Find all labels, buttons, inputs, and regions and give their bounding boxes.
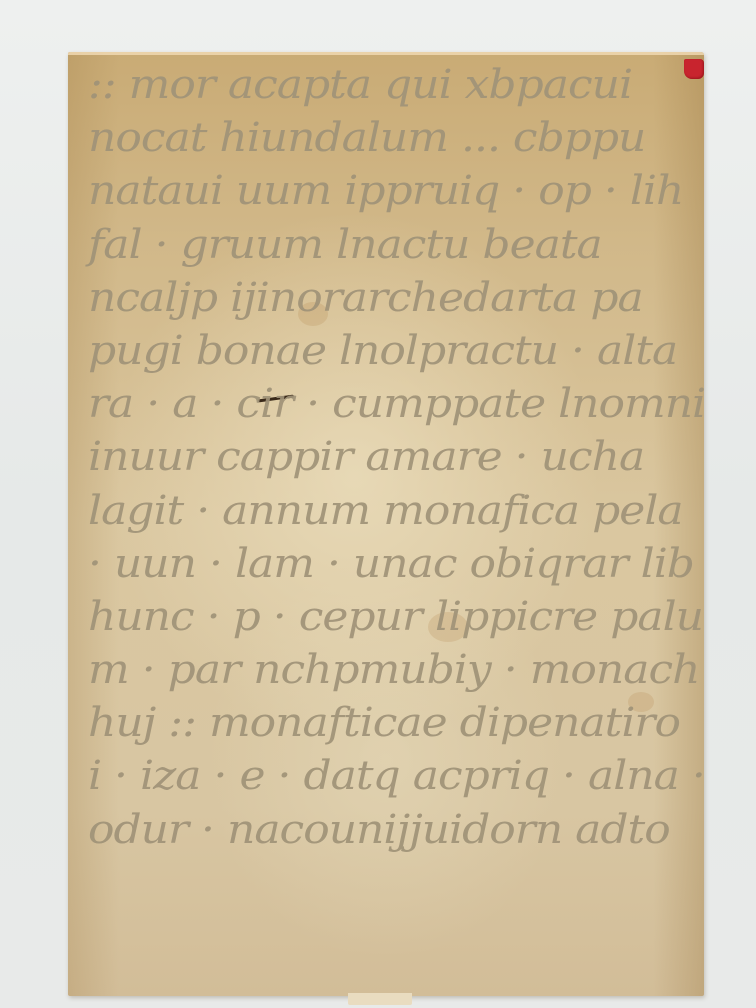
manuscript-line: nataui uum ippruiq · op · lih (88, 167, 704, 216)
manuscript-line: ncaljp ijinorarchedarta pa (88, 273, 704, 322)
manuscript-line: i · iza · e · datq acpriq · alna · hi (88, 752, 704, 801)
manuscript-line: · uun · lam · unac obiqrar lib (88, 539, 704, 588)
manuscript-line: pugi bonae lnolpractu · alta (88, 326, 704, 375)
jacket-top-edge (68, 52, 704, 55)
manuscript-line: nocat hiundalum ... cbppu (88, 113, 704, 162)
manuscript-line: :: mor acapta qui xbpacui (88, 60, 704, 109)
manuscript-line: odur · nacounijjuidorn adto (88, 805, 704, 854)
torn-jacket-tab (348, 993, 412, 1005)
manuscript-line: huj :: monafticae dipenatiro (88, 698, 704, 747)
manuscript-text-block: :: mor acapta qui xbpacui nocat hiundalu… (88, 58, 704, 856)
manuscript-line: fal · gruum lnactu beata (88, 220, 704, 269)
manuscript-line: hunc · p · cepur lippicre paluu (88, 592, 704, 641)
manuscript-line: ra · a · cir · cumppate lnomnil (88, 379, 704, 428)
manuscript-line: inuur cappir amare · ucha (88, 432, 704, 481)
book-dust-jacket: :: mor acapta qui xbpacui nocat hiundalu… (68, 52, 704, 996)
manuscript-line: lagit · annum monafica pela (88, 486, 704, 535)
manuscript-line: m · par nchpmubiy · monach (88, 645, 704, 694)
